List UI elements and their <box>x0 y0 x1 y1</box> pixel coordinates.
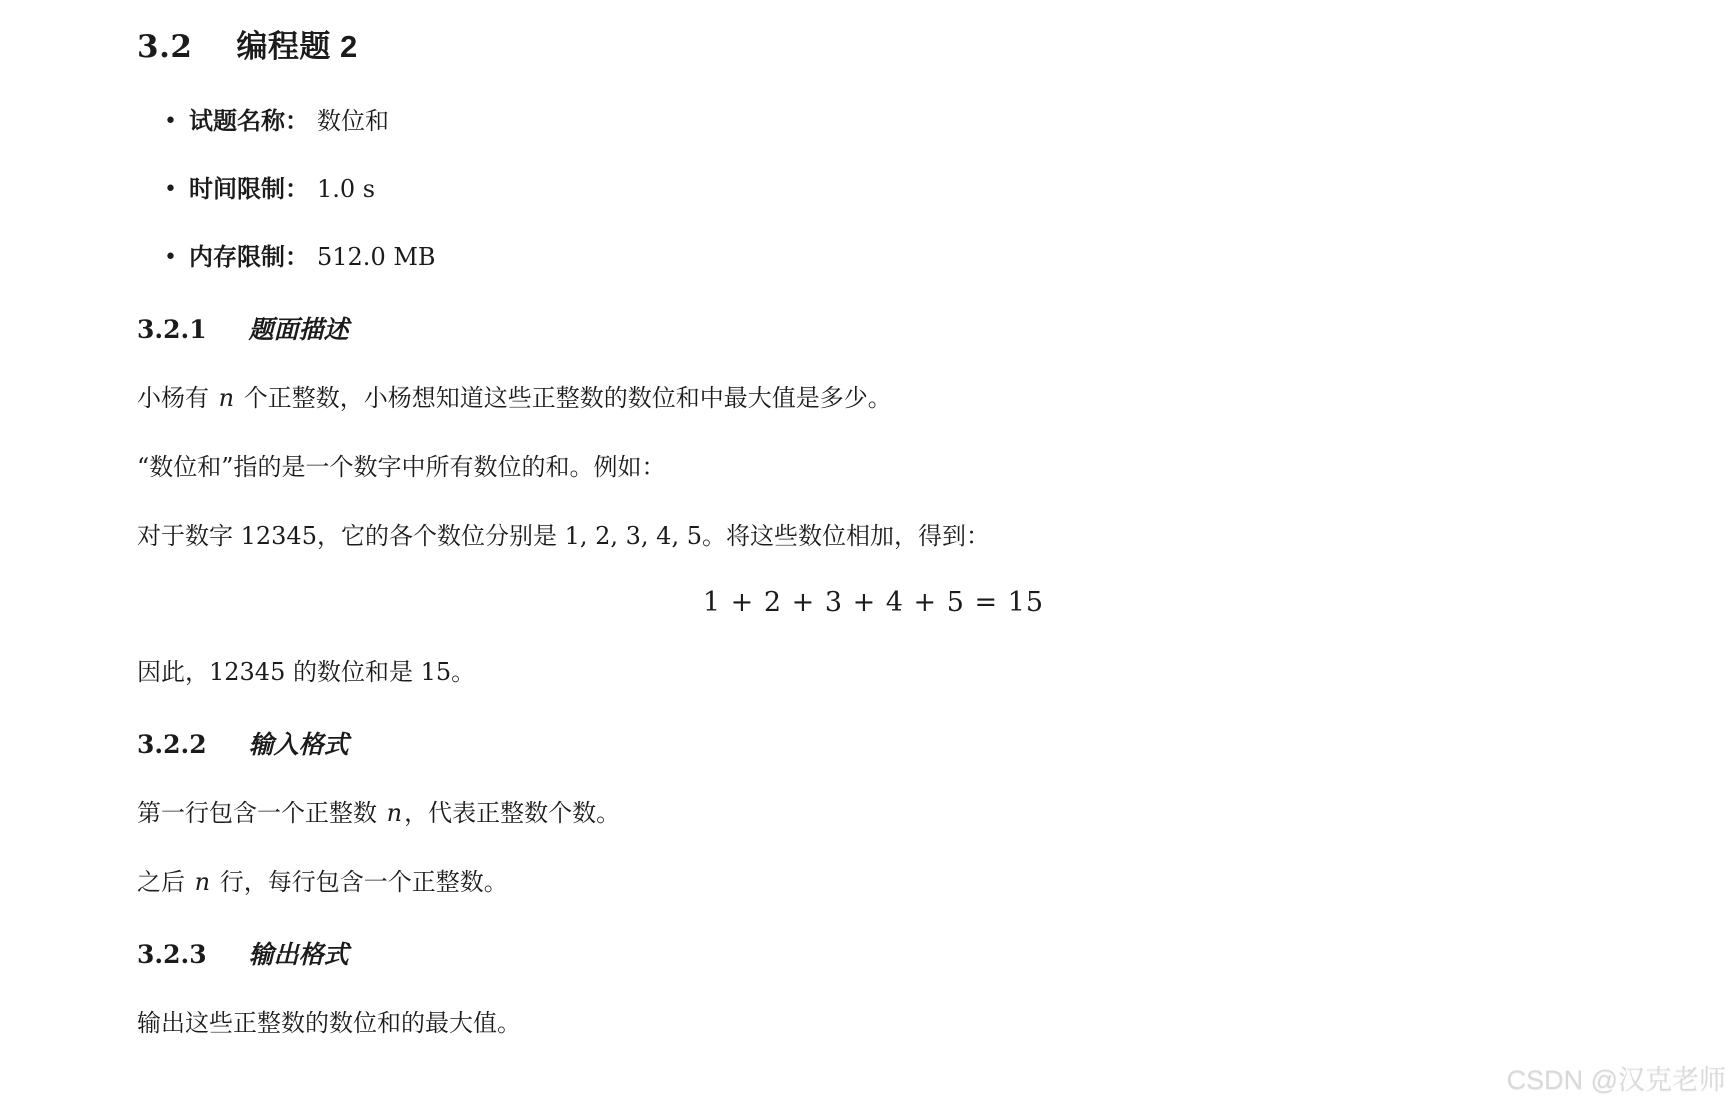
section-title: 编程题 2 <box>236 29 357 64</box>
list-item: •时间限制：1.0 s <box>164 172 1610 206</box>
list-item: •内存限制：512.0 MB <box>164 240 1610 274</box>
bullet-icon: • <box>164 241 189 274</box>
text-run: 之后 <box>137 868 193 896</box>
text-run: ，代表正整数个数。 <box>404 799 620 827</box>
subsection-number: 3.2.1 <box>137 315 207 344</box>
meta-label: 内存限制： <box>189 242 309 271</box>
text-run: 对于数字 12345，它的各个数位分别是 1, 2, 3, 4, 5。将这些数位… <box>137 522 990 550</box>
text-run: 第一行包含一个正整数 <box>137 799 385 827</box>
subsection-title: 输出格式 <box>249 940 349 969</box>
list-item: •试题名称：数位和 <box>164 104 1610 138</box>
text-run: “数位和”指的是一个数字中所有数位的和。例如： <box>137 453 666 481</box>
subsection-title: 题面描述 <box>249 315 349 344</box>
problem-meta-list: •试题名称：数位和•时间限制：1.0 s•内存限制：512.0 MB <box>137 104 1610 274</box>
text-run: 个正整数，小杨想知道这些正整数的数位和中最大值是多少。 <box>236 384 892 412</box>
section-heading: 3.2编程题 2 <box>137 21 1610 66</box>
paragraph: “数位和”指的是一个数字中所有数位的和。例如： <box>137 450 1610 484</box>
math-variable: n <box>385 799 404 827</box>
subsection-number: 3.2.3 <box>137 940 207 969</box>
bullet-icon: • <box>164 105 189 138</box>
math-variable: n <box>217 384 236 412</box>
paragraph: 之后 n 行，每行包含一个正整数。 <box>137 865 1610 899</box>
text-run: 输出这些正整数的数位和的最大值。 <box>137 1009 521 1037</box>
paragraph: 小杨有 n 个正整数，小杨想知道这些正整数的数位和中最大值是多少。 <box>137 381 1610 415</box>
subsection-heading: 3.2.1题面描述 <box>137 314 1610 346</box>
math-variable: n <box>193 868 212 896</box>
meta-label: 试题名称： <box>189 106 309 135</box>
equation: 1 + 2 + 3 + 4 + 5 = 15 <box>137 586 1610 620</box>
text-run: 小杨有 <box>137 384 217 412</box>
subsection-title: 输入格式 <box>249 730 349 759</box>
paragraph: 因此，12345 的数位和是 15。 <box>137 655 1610 689</box>
text-run: 行，每行包含一个正整数。 <box>212 868 508 896</box>
meta-label: 时间限制： <box>189 174 309 203</box>
meta-value: 512.0 MB <box>317 243 436 271</box>
paragraph: 对于数字 12345，它的各个数位分别是 1, 2, 3, 4, 5。将这些数位… <box>137 519 1610 553</box>
section-number: 3.2 <box>137 29 192 65</box>
document-page: 3.2编程题 2 •试题名称：数位和•时间限制：1.0 s•内存限制：512.0… <box>137 0 1610 1040</box>
watermark: CSDN @汉克老师 <box>1507 1058 1726 1097</box>
paragraph: 第一行包含一个正整数 n，代表正整数个数。 <box>137 796 1610 830</box>
subsection-number: 3.2.2 <box>137 730 207 759</box>
meta-value: 1.0 s <box>317 175 375 203</box>
subsection-heading: 3.2.2输入格式 <box>137 729 1610 761</box>
subsection-heading: 3.2.3输出格式 <box>137 939 1610 971</box>
paragraph: 输出这些正整数的数位和的最大值。 <box>137 1006 1610 1040</box>
meta-value: 数位和 <box>317 107 389 135</box>
bullet-icon: • <box>164 173 189 206</box>
text-run: 因此，12345 的数位和是 15。 <box>137 658 475 686</box>
content-blocks: 3.2.1题面描述小杨有 n 个正整数，小杨想知道这些正整数的数位和中最大值是多… <box>137 314 1610 1040</box>
